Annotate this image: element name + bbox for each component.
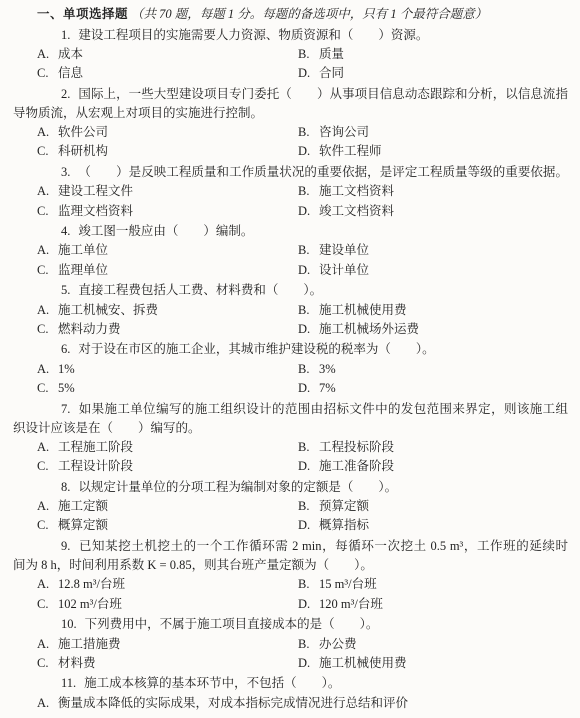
question-number: 6.	[37, 340, 70, 359]
option-d: D.7%	[298, 379, 568, 398]
option-text: 施工机械安、拆费	[58, 303, 158, 317]
option-text: 咨询公司	[319, 125, 369, 139]
option-label: D.	[298, 595, 319, 614]
question-text: 10.下列费用中，不属于施工项目直接成本的是（ ）。	[13, 615, 568, 634]
question-11: 11.施工成本核算的基本环节中，不包括（ ）。 A.衡量成本降低的实际成果，对成…	[13, 674, 568, 712]
option-d: D.施工机械使用费	[298, 654, 568, 673]
option-text: 衡量成本降低的实际成果，对成本指标完成情况进行总结和评价	[58, 696, 408, 710]
question-line: 以规定计量单位的分项工程为编制对象的定额是（ ）。	[78, 480, 397, 494]
question-number: 3.	[37, 163, 70, 182]
option-label: B.	[298, 635, 319, 654]
option-d: D.施工机械场外运费	[298, 320, 568, 339]
option-label: B.	[298, 575, 319, 594]
option-label: A.	[37, 360, 58, 379]
option-a: A.1%	[13, 360, 298, 379]
option-text: 质量	[319, 47, 344, 61]
option-c: C.科研机构	[13, 142, 298, 161]
option-label: D.	[298, 320, 319, 339]
option-a: A.成本	[13, 45, 298, 64]
option-label: C.	[37, 654, 58, 673]
options: A.12.8 m³/台班 B.15 m³/台班 C.102 m³/台班 D.12…	[13, 575, 568, 613]
question-text: 3.（ ）是反映工程质量和工作质量状况的重要依据，是评定工程质量等级的重要依据。	[13, 163, 568, 182]
option-label: C.	[37, 64, 58, 83]
option-label: B.	[298, 123, 319, 142]
option-text: 施工文档资料	[319, 184, 394, 198]
option-c: C.概算定额	[13, 516, 298, 535]
option-label: A.	[37, 182, 58, 201]
option-d: D.竣工文档资料	[298, 202, 568, 221]
question-number: 2.	[37, 85, 70, 104]
option-text: 12.8 m³/台班	[58, 577, 125, 591]
question-3: 3.（ ）是反映工程质量和工作质量状况的重要依据，是评定工程质量等级的重要依据。…	[13, 163, 568, 221]
option-c: C.监理单位	[13, 261, 298, 280]
question-line: 已知某挖土机挖土的一个工作循环需 2 min，每循环一次挖土 0.5 m³，工作…	[78, 539, 568, 553]
options: A.1% B.3% C.5% D.7%	[13, 360, 568, 398]
option-c: C.102 m³/台班	[13, 595, 298, 614]
option-label: A.	[37, 575, 58, 594]
option-label: C.	[37, 320, 58, 339]
option-b: B.施工文档资料	[298, 182, 568, 201]
question-number: 8.	[37, 478, 70, 497]
option-label: C.	[37, 457, 58, 476]
option-b: B.施工机械使用费	[298, 301, 568, 320]
option-text: 监理单位	[58, 263, 108, 277]
option-text: 施工准备阶段	[319, 459, 394, 473]
option-label: D.	[298, 64, 319, 83]
option-text: 建设单位	[319, 243, 369, 257]
option-a: A.12.8 m³/台班	[13, 575, 298, 594]
question-text: 8.以规定计量单位的分项工程为编制对象的定额是（ ）。	[13, 478, 568, 497]
option-text: 工程施工阶段	[58, 440, 133, 454]
option-label: D.	[298, 202, 319, 221]
option-b: B.15 m³/台班	[298, 575, 568, 594]
option-b: B.建设单位	[298, 241, 568, 260]
option-text: 材料费	[58, 656, 96, 670]
question-number: 7.	[37, 400, 70, 419]
option-text: 合同	[319, 66, 344, 80]
option-d: D.施工准备阶段	[298, 457, 568, 476]
options: A.成本 B.质量 C.信息 D.合同	[13, 45, 568, 83]
question-text: 9.已知某挖土机挖土的一个工作循环需 2 min，每循环一次挖土 0.5 m³，…	[13, 537, 568, 556]
option-text: 工程投标阶段	[319, 440, 394, 454]
question-line: （ ）是反映工程质量和工作质量状况的重要依据，是评定工程质量等级的重要依据。	[78, 165, 568, 179]
question-line: 国际上，一些大型建设项目专门委托（ ）从事项目信息动态跟踪和分析，以信息流指	[78, 87, 568, 101]
options: A.衡量成本降低的实际成果，对成本指标完成情况进行总结和评价	[13, 694, 568, 713]
option-text: 软件工程师	[319, 144, 382, 158]
option-text: 15 m³/台班	[319, 577, 377, 591]
option-a: A.施工机械安、拆费	[13, 301, 298, 320]
option-label: D.	[298, 379, 319, 398]
question-line: 直接工程费包括人工费、材料费和（ ）。	[78, 283, 322, 297]
question-7: 7.如果施工单位编写的施工组织设计的范围由招标文件中的发包范围来界定，则该施工组…	[13, 400, 568, 477]
option-text: 办公费	[319, 637, 357, 651]
question-line: 下列费用中，不属于施工项目直接成本的是（ ）。	[85, 617, 379, 631]
option-text: 竣工文档资料	[319, 204, 394, 218]
option-c: C.监理文档资料	[13, 202, 298, 221]
option-label: C.	[37, 595, 58, 614]
option-text: 施工定额	[58, 499, 108, 513]
option-text: 5%	[58, 381, 75, 395]
question-line: 如果施工单位编写的施工组织设计的范围由招标文件中的发包范围来界定，则该施工组	[78, 402, 568, 416]
question-5: 5.直接工程费包括人工费、材料费和（ ）。 A.施工机械安、拆费 B.施工机械使…	[13, 281, 568, 339]
option-label: A.	[37, 497, 58, 516]
option-c: C.工程设计阶段	[13, 457, 298, 476]
option-text: 燃料动力费	[58, 322, 121, 336]
option-text: 施工机械使用费	[319, 656, 407, 670]
question-6: 6.对于设在市区的施工企业，其城市维护建设税的税率为（ ）。 A.1% B.3%…	[13, 340, 568, 398]
option-d: D.软件工程师	[298, 142, 568, 161]
option-text: 信息	[58, 66, 83, 80]
option-d: D.120 m³/台班	[298, 595, 568, 614]
question-text-continued: 间为 8 h，时间利用系数 K = 0.85，则其台班产量定额为（ ）。	[13, 556, 568, 575]
option-a: A.施工单位	[13, 241, 298, 260]
option-a: A.施工措施费	[13, 635, 298, 654]
options: A.施工机械安、拆费 B.施工机械使用费 C.燃料动力费 D.施工机械场外运费	[13, 301, 568, 339]
option-c: C.信息	[13, 64, 298, 83]
section-note: （共 70 题，每题 1 分。每题的备选项中，只有 1 个最符合题意）	[131, 7, 487, 21]
option-label: B.	[298, 497, 319, 516]
question-number: 4.	[37, 222, 70, 241]
option-label: D.	[298, 654, 319, 673]
option-label: A.	[37, 694, 58, 713]
option-a: A.施工定额	[13, 497, 298, 516]
option-label: C.	[37, 379, 58, 398]
option-text: 概算指标	[319, 518, 369, 532]
option-label: A.	[37, 438, 58, 457]
question-1: 1.建设工程项目的实施需要人力资源、物质资源和（ ）资源。 A.成本 B.质量 …	[13, 26, 568, 84]
question-number: 5.	[37, 281, 70, 300]
option-label: D.	[298, 261, 319, 280]
option-text: 概算定额	[58, 518, 108, 532]
question-number: 1.	[37, 26, 70, 45]
option-label: C.	[37, 261, 58, 280]
options: A.施工单位 B.建设单位 C.监理单位 D.设计单位	[13, 241, 568, 279]
question-10: 10.下列费用中，不属于施工项目直接成本的是（ ）。 A.施工措施费 B.办公费…	[13, 615, 568, 673]
question-8: 8.以规定计量单位的分项工程为编制对象的定额是（ ）。 A.施工定额 B.预算定…	[13, 478, 568, 536]
option-label: A.	[37, 123, 58, 142]
option-label: C.	[37, 142, 58, 161]
question-text-continued: 织设计应该是在（ ）编写的。	[13, 419, 568, 438]
question-4: 4.竣工图一般应由（ ）编制。 A.施工单位 B.建设单位 C.监理单位 D.设…	[13, 222, 568, 280]
question-text: 4.竣工图一般应由（ ）编制。	[13, 222, 568, 241]
option-label: B.	[298, 438, 319, 457]
question-text-continued: 导物质流，从宏观上对项目的实施进行控制。	[13, 104, 568, 123]
option-label: C.	[37, 202, 58, 221]
option-b: B.咨询公司	[298, 123, 568, 142]
option-d: D.设计单位	[298, 261, 568, 280]
option-text: 科研机构	[58, 144, 108, 158]
option-label: B.	[298, 301, 319, 320]
option-b: B.预算定额	[298, 497, 568, 516]
option-label: D.	[298, 457, 319, 476]
question-number: 10.	[37, 615, 77, 634]
option-text: 成本	[58, 47, 83, 61]
question-text: 6.对于设在市区的施工企业，其城市维护建设税的税率为（ ）。	[13, 340, 568, 359]
option-text: 预算定额	[319, 499, 369, 513]
option-text: 施工措施费	[58, 637, 121, 651]
question-text: 1.建设工程项目的实施需要人力资源、物质资源和（ ）资源。	[13, 26, 568, 45]
section-heading: 一、单项选择题（共 70 题，每题 1 分。每题的备选项中，只有 1 个最符合题…	[13, 5, 568, 24]
option-d: D.合同	[298, 64, 568, 83]
question-9: 9.已知某挖土机挖土的一个工作循环需 2 min，每循环一次挖土 0.5 m³，…	[13, 537, 568, 614]
question-number: 11.	[37, 674, 76, 693]
option-label: C.	[37, 516, 58, 535]
option-label: A.	[37, 301, 58, 320]
question-line: 施工成本核算的基本环节中，不包括（ ）。	[84, 676, 340, 690]
question-text: 11.施工成本核算的基本环节中，不包括（ ）。	[13, 674, 568, 693]
option-c: C.燃料动力费	[13, 320, 298, 339]
option-label: A.	[37, 241, 58, 260]
question-text: 2.国际上，一些大型建设项目专门委托（ ）从事项目信息动态跟踪和分析，以信息流指	[13, 85, 568, 104]
option-c: C.材料费	[13, 654, 298, 673]
option-a: A.建设工程文件	[13, 182, 298, 201]
option-text: 软件公司	[58, 125, 108, 139]
option-b: B.工程投标阶段	[298, 438, 568, 457]
option-label: D.	[298, 516, 319, 535]
option-b: B.3%	[298, 360, 568, 379]
option-text: 120 m³/台班	[319, 597, 383, 611]
question-text: 7.如果施工单位编写的施工组织设计的范围由招标文件中的发包范围来界定，则该施工组	[13, 400, 568, 419]
question-2: 2.国际上，一些大型建设项目专门委托（ ）从事项目信息动态跟踪和分析，以信息流指…	[13, 85, 568, 162]
option-label: B.	[298, 360, 319, 379]
option-c: C.5%	[13, 379, 298, 398]
option-a: A.软件公司	[13, 123, 298, 142]
option-text: 7%	[319, 381, 336, 395]
option-label: B.	[298, 241, 319, 260]
option-label: D.	[298, 142, 319, 161]
exam-page: 一、单项选择题（共 70 题，每题 1 分。每题的备选项中，只有 1 个最符合题…	[0, 0, 580, 718]
option-a: A.衡量成本降低的实际成果，对成本指标完成情况进行总结和评价	[13, 694, 568, 713]
question-line: 竣工图一般应由（ ）编制。	[78, 224, 253, 238]
option-text: 施工单位	[58, 243, 108, 257]
option-text: 施工机械使用费	[319, 303, 407, 317]
option-text: 3%	[319, 362, 336, 376]
options: A.施工定额 B.预算定额 C.概算定额 D.概算指标	[13, 497, 568, 535]
option-text: 设计单位	[319, 263, 369, 277]
options: A.施工措施费 B.办公费 C.材料费 D.施工机械使用费	[13, 635, 568, 673]
option-d: D.概算指标	[298, 516, 568, 535]
question-line: 建设工程项目的实施需要人力资源、物质资源和（ ）资源。	[78, 28, 428, 42]
option-label: A.	[37, 45, 58, 64]
question-text: 5.直接工程费包括人工费、材料费和（ ）。	[13, 281, 568, 300]
option-text: 102 m³/台班	[58, 597, 122, 611]
question-line: 对于设在市区的施工企业，其城市维护建设税的税率为（ ）。	[78, 342, 434, 356]
section-title: 一、单项选择题	[37, 7, 128, 21]
option-label: B.	[298, 45, 319, 64]
option-text: 1%	[58, 362, 75, 376]
option-b: B.质量	[298, 45, 568, 64]
option-a: A.工程施工阶段	[13, 438, 298, 457]
option-text: 施工机械场外运费	[319, 322, 419, 336]
options: A.建设工程文件 B.施工文档资料 C.监理文档资料 D.竣工文档资料	[13, 182, 568, 220]
option-label: B.	[298, 182, 319, 201]
option-text: 建设工程文件	[58, 184, 133, 198]
option-b: B.办公费	[298, 635, 568, 654]
option-label: A.	[37, 635, 58, 654]
option-text: 工程设计阶段	[58, 459, 133, 473]
options: A.工程施工阶段 B.工程投标阶段 C.工程设计阶段 D.施工准备阶段	[13, 438, 568, 476]
option-text: 监理文档资料	[58, 204, 133, 218]
options: A.软件公司 B.咨询公司 C.科研机构 D.软件工程师	[13, 123, 568, 161]
question-number: 9.	[37, 537, 70, 556]
